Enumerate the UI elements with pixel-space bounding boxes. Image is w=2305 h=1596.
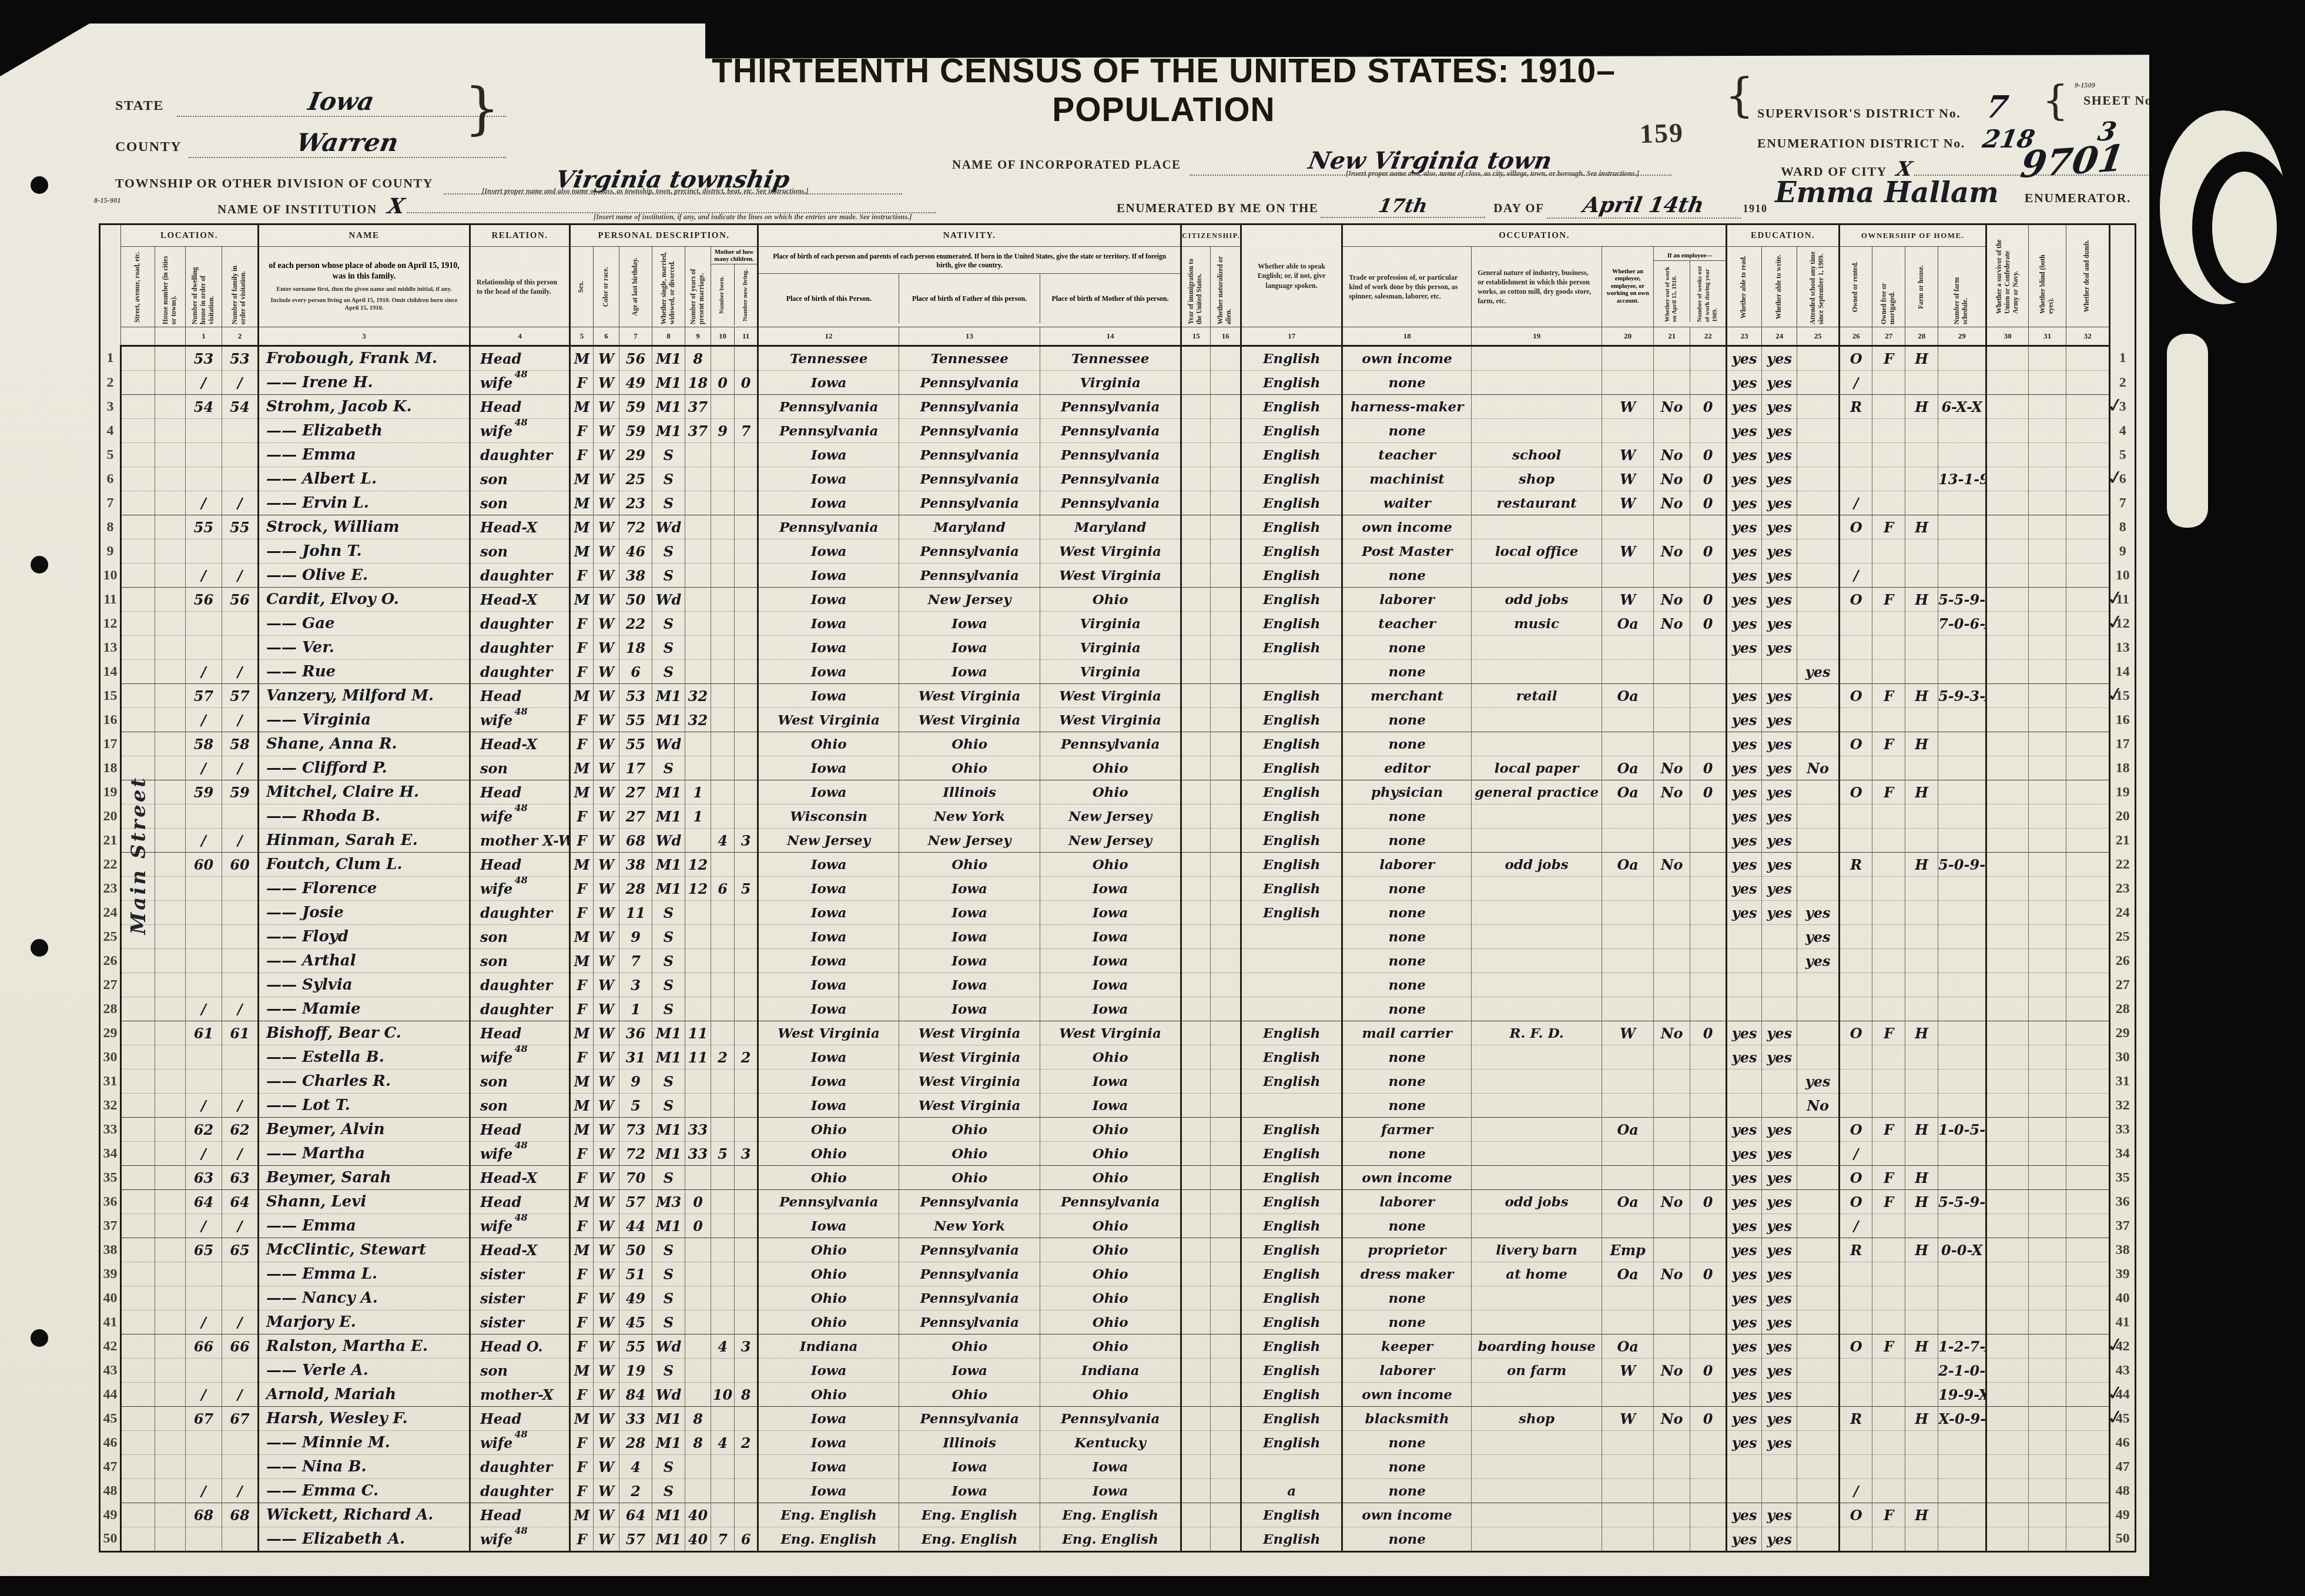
table-row: 115656Cardit, Elvoy O.Head-XMW50WdIowaNe… bbox=[100, 588, 2136, 612]
cell-ln: 43 bbox=[100, 1359, 121, 1383]
cell-rd: yes bbox=[1727, 1503, 1762, 1527]
cell-age: 19 bbox=[619, 1359, 652, 1383]
cell-o28 bbox=[1905, 925, 1938, 949]
colnum-cl: 11 bbox=[735, 327, 758, 346]
group-occupation: OCCUPATION. bbox=[1342, 224, 1727, 247]
cell-bp: Iowa bbox=[758, 1479, 899, 1503]
cell-nat bbox=[1211, 1214, 1241, 1238]
cell-ow bbox=[1654, 1286, 1690, 1310]
cell-o27 bbox=[1872, 371, 1905, 395]
cell-bp: Iowa bbox=[758, 949, 899, 973]
cell-ms: S bbox=[652, 564, 685, 588]
cell-imm bbox=[1181, 1118, 1211, 1142]
cell-sx: M bbox=[570, 491, 594, 515]
cell-o27 bbox=[1872, 467, 1905, 491]
cell-cl bbox=[735, 708, 758, 732]
cell-cl bbox=[735, 804, 758, 829]
table-row: 31—— Charles R.sonMW9SIowaWest VirginiaI… bbox=[100, 1069, 2136, 1094]
cell-cl: 2 bbox=[735, 1045, 758, 1069]
cell-wk bbox=[1690, 1142, 1727, 1166]
cell-rn: 18 bbox=[2110, 756, 2136, 780]
cell-cr: W bbox=[594, 780, 619, 804]
cell-n30 bbox=[1986, 443, 2029, 467]
group-ownership: OWNERSHIP OF HOME. bbox=[1840, 224, 1986, 247]
cell-oc: none bbox=[1342, 636, 1472, 660]
cell-wk: 0 bbox=[1690, 588, 1727, 612]
cell-imm bbox=[1181, 925, 1211, 949]
cell-o27 bbox=[1872, 1142, 1905, 1166]
cell-ow bbox=[1654, 1383, 1690, 1407]
table-row: 195959Mitchel, Claire H.HeadMW27M11IowaI… bbox=[100, 780, 2136, 804]
cell-ow bbox=[1654, 1335, 1690, 1359]
cell-ms: S bbox=[652, 443, 685, 467]
cell-rn: 19 bbox=[2110, 780, 2136, 804]
cell-fam: / bbox=[222, 660, 259, 684]
cell-rn: 27 bbox=[2110, 973, 2136, 997]
cell-rn: 35 bbox=[2110, 1166, 2136, 1190]
cell-n32 bbox=[2066, 1503, 2110, 1527]
cell-cl bbox=[735, 925, 758, 949]
cell-imm bbox=[1181, 853, 1211, 877]
cell-house bbox=[155, 1383, 186, 1407]
cell-sx: F bbox=[570, 636, 594, 660]
cell-rd bbox=[1727, 1094, 1762, 1118]
cell-house bbox=[155, 1238, 186, 1262]
colnum-bp: 12 bbox=[758, 327, 899, 346]
cell-rel: son bbox=[470, 925, 570, 949]
cell-imm bbox=[1181, 1310, 1211, 1335]
cell-o26 bbox=[1840, 1262, 1872, 1286]
cell-oc: own income bbox=[1342, 1383, 1472, 1407]
cell-ow bbox=[1654, 564, 1690, 588]
cell-bp: Iowa bbox=[758, 564, 899, 588]
cell-nat bbox=[1211, 1503, 1241, 1527]
cell-sx: M bbox=[570, 395, 594, 419]
colnum-ym: 9 bbox=[685, 327, 711, 346]
cell-rn: 39 bbox=[2110, 1262, 2136, 1286]
cell-n30 bbox=[1986, 612, 2029, 636]
table-row: 20—— Rhoda B.wife48FW27M11WisconsinNew Y… bbox=[100, 804, 2136, 829]
cell-ms: Wd bbox=[652, 588, 685, 612]
cell-name: —— Lot T. bbox=[259, 1094, 470, 1118]
colnum-n31: 31 bbox=[2029, 327, 2066, 346]
cell-o27 bbox=[1872, 443, 1905, 467]
cell-wr: yes bbox=[1762, 780, 1797, 804]
cell-street bbox=[121, 804, 155, 829]
cell-cb bbox=[711, 515, 735, 539]
cell-cr: W bbox=[594, 1021, 619, 1045]
cell-fb: Pennsylvania bbox=[899, 467, 1040, 491]
cell-n30 bbox=[1986, 877, 2029, 901]
cell-street bbox=[121, 708, 155, 732]
cell-ow: No bbox=[1654, 612, 1690, 636]
table-row: 175858Shane, Anna R.Head-XFW55WdOhioOhio… bbox=[100, 732, 2136, 756]
cell-o27 bbox=[1872, 1407, 1905, 1431]
cell-mb: Ohio bbox=[1040, 1286, 1181, 1310]
cell-o26 bbox=[1840, 1527, 1872, 1552]
cell-street bbox=[121, 1094, 155, 1118]
cell-ms: M3 bbox=[652, 1190, 685, 1214]
cell-n30 bbox=[1986, 1503, 2029, 1527]
cell-cr: W bbox=[594, 1310, 619, 1335]
cell-house bbox=[155, 1142, 186, 1166]
cell-o26 bbox=[1840, 756, 1872, 780]
cell-ms: M1 bbox=[652, 346, 685, 371]
cell-bp: Indiana bbox=[758, 1335, 899, 1359]
cell-rn: 17 bbox=[2110, 732, 2136, 756]
cell-lg: English bbox=[1241, 780, 1342, 804]
cell-rn: 1 bbox=[2110, 346, 2136, 371]
cell-age: 9 bbox=[619, 925, 652, 949]
cell-n30 bbox=[1986, 1021, 2029, 1045]
cell-cb bbox=[711, 1359, 735, 1383]
cell-wk bbox=[1690, 973, 1727, 997]
cell-cl bbox=[735, 1455, 758, 1479]
cell-rel: Head bbox=[470, 853, 570, 877]
cell-emp: Oa bbox=[1602, 1118, 1654, 1142]
cell-street bbox=[121, 1238, 155, 1262]
cell-o29 bbox=[1938, 780, 1986, 804]
cell-rd bbox=[1727, 997, 1762, 1021]
cell-ind bbox=[1472, 708, 1602, 732]
cell-o29: 5-9-3-X bbox=[1938, 684, 1986, 708]
cell-oc: none bbox=[1342, 1431, 1472, 1455]
cell-dw: / bbox=[186, 1094, 222, 1118]
col-header-naturalized: Whether naturalized or alien. bbox=[1211, 247, 1241, 327]
cell-street bbox=[121, 780, 155, 804]
cell-fam bbox=[222, 612, 259, 636]
cell-cr: W bbox=[594, 1214, 619, 1238]
table-row: 15353Frobough, Frank M.HeadMW56M18Tennes… bbox=[100, 346, 2136, 371]
cell-cr: W bbox=[594, 925, 619, 949]
cell-mb: Kentucky bbox=[1040, 1431, 1181, 1455]
cell-n32 bbox=[2066, 1455, 2110, 1479]
cell-sc bbox=[1797, 1383, 1840, 1407]
cell-n30 bbox=[1986, 1166, 2029, 1190]
cell-emp: W bbox=[1602, 588, 1654, 612]
cell-wr: yes bbox=[1762, 708, 1797, 732]
cell-dw: 58 bbox=[186, 732, 222, 756]
cell-cl bbox=[735, 1118, 758, 1142]
cell-mb: Iowa bbox=[1040, 973, 1181, 997]
cell-o26: / bbox=[1840, 491, 1872, 515]
col-header-blind: Whether blind (both eyes). bbox=[2029, 224, 2066, 327]
cell-n30 bbox=[1986, 997, 2029, 1021]
cell-dw: / bbox=[186, 1383, 222, 1407]
cell-mb: Pennsylvania bbox=[1040, 1407, 1181, 1431]
cell-imm bbox=[1181, 1431, 1211, 1455]
cell-fam: / bbox=[222, 1479, 259, 1503]
cell-lg: English bbox=[1241, 1407, 1342, 1431]
cell-n31 bbox=[2029, 973, 2066, 997]
cell-house bbox=[155, 660, 186, 684]
cell-name: Marjory E. bbox=[259, 1310, 470, 1335]
cell-ms: M1 bbox=[652, 1407, 685, 1431]
cell-rel: Head bbox=[470, 1190, 570, 1214]
cell-mb: Iowa bbox=[1040, 1094, 1181, 1118]
cell-o28 bbox=[1905, 877, 1938, 901]
cell-house bbox=[155, 491, 186, 515]
cell-wk bbox=[1690, 1094, 1727, 1118]
cell-sc: No bbox=[1797, 1094, 1840, 1118]
cell-house bbox=[155, 1359, 186, 1383]
cell-age: 2 bbox=[619, 1479, 652, 1503]
cell-name: —— Floyd bbox=[259, 925, 470, 949]
cell-dw bbox=[186, 1286, 222, 1310]
cell-mb: Iowa bbox=[1040, 949, 1181, 973]
cell-name: —— Elizabeth A. bbox=[259, 1527, 470, 1552]
cell-n31 bbox=[2029, 636, 2066, 660]
cell-o26 bbox=[1840, 901, 1872, 925]
col-header-mother-children: Mother of how many children. Number born… bbox=[711, 247, 758, 327]
cell-rd: yes bbox=[1727, 1045, 1762, 1069]
census-scan-page: DEPARTMENT OF COMMERCE AND LABOR–BUREAU … bbox=[0, 0, 2305, 1596]
cell-cl bbox=[735, 588, 758, 612]
cell-name: Beymer, Alvin bbox=[259, 1118, 470, 1142]
cell-fam: / bbox=[222, 1383, 259, 1407]
table-row: 23—— Florencewife48FW28M11265IowaIowaIow… bbox=[100, 877, 2136, 901]
cell-wk bbox=[1690, 804, 1727, 829]
cell-o29 bbox=[1938, 804, 1986, 829]
cell-fam bbox=[222, 949, 259, 973]
cell-ym bbox=[685, 660, 711, 684]
cell-cl bbox=[735, 684, 758, 708]
cell-sc: yes bbox=[1797, 925, 1840, 949]
cell-ln: 9 bbox=[100, 539, 121, 564]
cell-o26: O bbox=[1840, 1503, 1872, 1527]
cell-cb bbox=[711, 1118, 735, 1142]
cell-o27 bbox=[1872, 1310, 1905, 1335]
cell-o29: 5-0-9-8 bbox=[1938, 853, 1986, 877]
cell-o26 bbox=[1840, 949, 1872, 973]
cell-n32 bbox=[2066, 1310, 2110, 1335]
cell-n31 bbox=[2029, 1383, 2066, 1407]
cell-o26: R bbox=[1840, 853, 1872, 877]
cell-o28 bbox=[1905, 1142, 1938, 1166]
cell-ms: S bbox=[652, 1166, 685, 1190]
cell-dw bbox=[186, 467, 222, 491]
cell-imm bbox=[1181, 1069, 1211, 1094]
cell-cr: W bbox=[594, 732, 619, 756]
cell-emp bbox=[1602, 660, 1654, 684]
cell-wr: yes bbox=[1762, 1190, 1797, 1214]
cell-cb: 4 bbox=[711, 1335, 735, 1359]
cell-ym bbox=[685, 829, 711, 853]
cell-nat bbox=[1211, 1527, 1241, 1552]
relation-flourish: 48 bbox=[514, 1214, 527, 1223]
cell-mb: Pennsylvania bbox=[1040, 443, 1181, 467]
cell-wk bbox=[1690, 636, 1727, 660]
colnum-rd: 23 bbox=[1727, 327, 1762, 346]
cell-house bbox=[155, 1407, 186, 1431]
cell-mb: Iowa bbox=[1040, 1455, 1181, 1479]
cell-n31 bbox=[2029, 660, 2066, 684]
cell-cl: 0 bbox=[735, 371, 758, 395]
cell-ms: S bbox=[652, 539, 685, 564]
cell-o29 bbox=[1938, 1455, 1986, 1479]
col-header-survivor: Whether a survivor of the Union or Confe… bbox=[1986, 224, 2029, 327]
cell-rn: 21 bbox=[2110, 829, 2136, 853]
cell-mb: Iowa bbox=[1040, 877, 1181, 901]
cell-cb bbox=[711, 467, 735, 491]
cell-fam: / bbox=[222, 491, 259, 515]
cell-name: —— Olive E. bbox=[259, 564, 470, 588]
cell-o29: 1-0-5-2 bbox=[1938, 1118, 1986, 1142]
cell-cb bbox=[711, 1069, 735, 1094]
cell-rn: 6✓ bbox=[2110, 467, 2136, 491]
cell-sc bbox=[1797, 1455, 1840, 1479]
cell-cl: 8 bbox=[735, 1383, 758, 1407]
cell-wr: yes bbox=[1762, 564, 1797, 588]
cell-n32 bbox=[2066, 1359, 2110, 1383]
margin-check-mark: ✓ bbox=[2110, 395, 2126, 418]
table-row: 386565McClintic, StewartHead-XMW50SOhioP… bbox=[100, 1238, 2136, 1262]
cell-dw: / bbox=[186, 997, 222, 1021]
cell-mb: Pennsylvania bbox=[1040, 732, 1181, 756]
cell-o27 bbox=[1872, 612, 1905, 636]
cell-emp bbox=[1602, 1069, 1654, 1094]
cell-n32 bbox=[2066, 1431, 2110, 1455]
cell-ym bbox=[685, 1094, 711, 1118]
cell-ln: 34 bbox=[100, 1142, 121, 1166]
cell-lg: English bbox=[1241, 756, 1342, 780]
cell-fb: Pennsylvania bbox=[899, 395, 1040, 419]
colnum-o27: 27 bbox=[1872, 327, 1905, 346]
cell-fb: Ohio bbox=[899, 1166, 1040, 1190]
cell-cr: W bbox=[594, 853, 619, 877]
cell-fam: 58 bbox=[222, 732, 259, 756]
cell-sx: M bbox=[570, 780, 594, 804]
cell-street bbox=[121, 1503, 155, 1527]
cell-dw: / bbox=[186, 371, 222, 395]
cell-mb: Ohio bbox=[1040, 1310, 1181, 1335]
cell-ln: 42 bbox=[100, 1335, 121, 1359]
cell-mb: Pennsylvania bbox=[1040, 491, 1181, 515]
cell-rel: son bbox=[470, 539, 570, 564]
cell-bp: Iowa bbox=[758, 588, 899, 612]
cell-cb: 0 bbox=[711, 371, 735, 395]
cell-ow bbox=[1654, 997, 1690, 1021]
cell-ow bbox=[1654, 877, 1690, 901]
cell-fb: West Virginia bbox=[899, 684, 1040, 708]
col-header-street: Street, avenue, road, etc. bbox=[121, 247, 155, 327]
cell-house bbox=[155, 1262, 186, 1286]
cell-nat bbox=[1211, 901, 1241, 925]
cell-o27 bbox=[1872, 1527, 1905, 1552]
cell-emp: W bbox=[1602, 491, 1654, 515]
cell-n30 bbox=[1986, 708, 2029, 732]
cell-rn: 49 bbox=[2110, 1503, 2136, 1527]
cell-dw bbox=[186, 877, 222, 901]
cell-ym bbox=[685, 467, 711, 491]
cell-emp bbox=[1602, 708, 1654, 732]
cell-cr: W bbox=[594, 612, 619, 636]
cell-n31 bbox=[2029, 901, 2066, 925]
cell-o27 bbox=[1872, 877, 1905, 901]
cell-ind bbox=[1472, 732, 1602, 756]
cell-o27 bbox=[1872, 804, 1905, 829]
cell-o27 bbox=[1872, 1045, 1905, 1069]
cell-name: —— Clifford P. bbox=[259, 756, 470, 780]
cell-ind: retail bbox=[1472, 684, 1602, 708]
cell-n30 bbox=[1986, 1069, 2029, 1094]
cell-imm bbox=[1181, 636, 1211, 660]
cell-n32 bbox=[2066, 1069, 2110, 1094]
cell-house bbox=[155, 395, 186, 419]
cell-rel: wife48 bbox=[470, 804, 570, 829]
cell-rn: 28 bbox=[2110, 997, 2136, 1021]
cell-ym bbox=[685, 1479, 711, 1503]
cell-imm bbox=[1181, 1190, 1211, 1214]
cell-cr: W bbox=[594, 1431, 619, 1455]
relation-flourish: 48 bbox=[514, 1045, 527, 1055]
cell-fb: Pennsylvania bbox=[899, 1310, 1040, 1335]
table-row: 50—— Elizabeth A.wife48FW57M14076Eng. En… bbox=[100, 1527, 2136, 1552]
cell-nat bbox=[1211, 443, 1241, 467]
cell-sx: M bbox=[570, 1238, 594, 1262]
cell-o29 bbox=[1938, 949, 1986, 973]
cell-ms: S bbox=[652, 1479, 685, 1503]
cell-sc bbox=[1797, 1214, 1840, 1238]
table-row: 27—— SylviadaughterFW3SIowaIowaIowanone2… bbox=[100, 973, 2136, 997]
table-row: 85555Strock, WilliamHead-XMW72WdPennsylv… bbox=[100, 515, 2136, 539]
cell-o26: O bbox=[1840, 1190, 1872, 1214]
cell-cb: 4 bbox=[711, 1431, 735, 1455]
cell-house bbox=[155, 1190, 186, 1214]
col-header-sex: Sex. bbox=[570, 247, 594, 327]
cell-cl bbox=[735, 1286, 758, 1310]
cell-imm bbox=[1181, 419, 1211, 443]
cell-cb bbox=[711, 756, 735, 780]
table-row: 456767Harsh, Wesley F.HeadMW33M18IowaPen… bbox=[100, 1407, 2136, 1431]
cell-mb: Ohio bbox=[1040, 853, 1181, 877]
cell-n31 bbox=[2029, 395, 2066, 419]
cell-ln: 49 bbox=[100, 1503, 121, 1527]
cell-cr: W bbox=[594, 997, 619, 1021]
cell-o29 bbox=[1938, 419, 1986, 443]
cell-o27 bbox=[1872, 1383, 1905, 1407]
cell-cr: W bbox=[594, 467, 619, 491]
cell-n31 bbox=[2029, 1431, 2066, 1455]
cell-fam: / bbox=[222, 1094, 259, 1118]
cell-oc: none bbox=[1342, 804, 1472, 829]
cell-bp: Iowa bbox=[758, 1455, 899, 1479]
cell-wr: yes bbox=[1762, 1431, 1797, 1455]
institution-value: X bbox=[386, 194, 406, 219]
cell-dw bbox=[186, 1455, 222, 1479]
cell-fam: 59 bbox=[222, 780, 259, 804]
cell-n31 bbox=[2029, 804, 2066, 829]
cell-o28: H bbox=[1905, 684, 1938, 708]
state-label: STATE bbox=[115, 98, 164, 113]
col-header-name: of each person whose place of abode on A… bbox=[259, 247, 470, 327]
cell-cb bbox=[711, 1166, 735, 1190]
cell-wr: yes bbox=[1762, 1262, 1797, 1286]
cell-mb: West Virginia bbox=[1040, 1021, 1181, 1045]
cell-ln: 32 bbox=[100, 1094, 121, 1118]
cell-cr: W bbox=[594, 756, 619, 780]
cell-n30 bbox=[1986, 564, 2029, 588]
cell-imm bbox=[1181, 491, 1211, 515]
cell-ow: No bbox=[1654, 756, 1690, 780]
group-location: LOCATION. bbox=[121, 224, 259, 247]
cell-fam: 55 bbox=[222, 515, 259, 539]
cell-rn: 4 bbox=[2110, 419, 2136, 443]
enumerated-month: April 14th bbox=[1581, 193, 1706, 217]
cell-n30 bbox=[1986, 1262, 2029, 1286]
cell-sx: F bbox=[570, 1262, 594, 1286]
cell-house bbox=[155, 612, 186, 636]
